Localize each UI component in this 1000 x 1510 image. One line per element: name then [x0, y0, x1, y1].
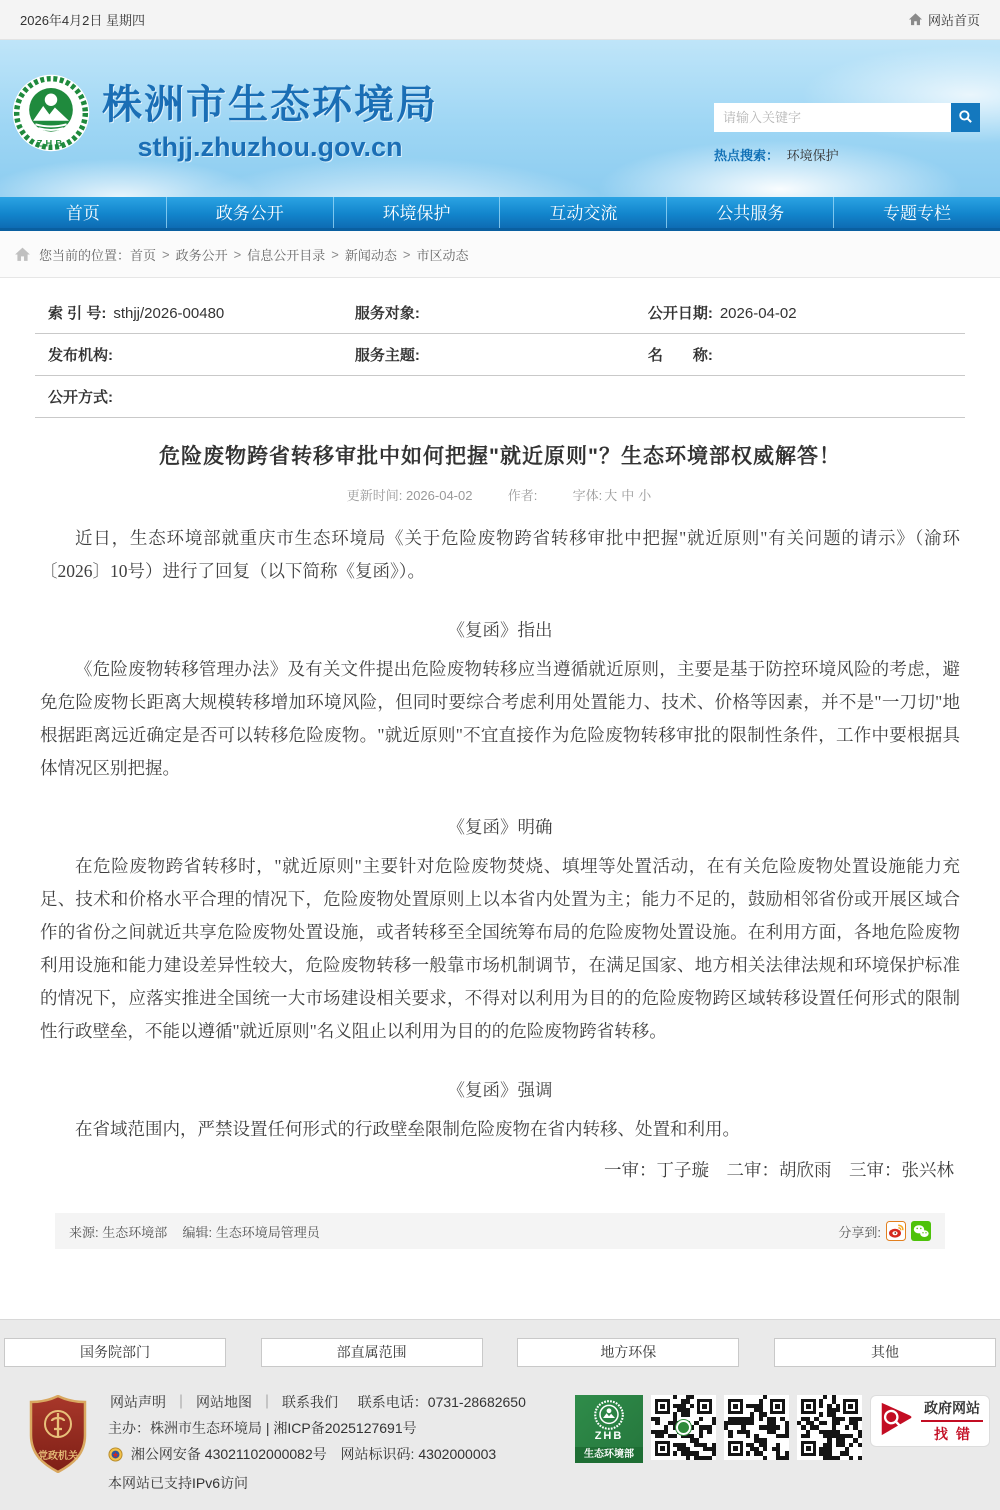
site-logo[interactable]: ZHB — [12, 74, 90, 152]
mee-name: 生态环境部 — [575, 1447, 643, 1463]
footer-info: 网站声明｜网站地图｜联系我们 联系电话：0731-28682650 主办：株洲市… — [108, 1389, 550, 1496]
table-row: 索 引 号: sthjj/2026-00480 服务对象: 公开日期: 2026… — [35, 292, 965, 334]
nav-item-interaction[interactable]: 互动交流 — [500, 197, 667, 228]
section-heading: 《复函》强调 — [40, 1074, 960, 1107]
share-label: 分享到: — [838, 1222, 881, 1241]
font-size-label: 字体: — [573, 488, 603, 503]
table-row: 发布机构: 服务主题: 名 称: — [35, 334, 965, 376]
source-editor-text: 来源: 生态环境部 编辑: 生态环境局管理员 — [69, 1222, 320, 1241]
name-cell: 名 称: — [635, 344, 965, 365]
phone-number: 0731-28682650 — [428, 1394, 526, 1410]
error-report-icon — [877, 1399, 915, 1444]
article-meta: 更新时间: 2026-04-02 作者: 字体:大中小 — [0, 485, 1000, 504]
breadcrumb-item-gov-affairs[interactable]: 政务公开 — [176, 245, 228, 264]
site-code-label: 网站标识码: — [341, 1446, 419, 1462]
article-body: 近日，生态环境部就重庆市生态环境局《关于危险废物跨省转移审批中把握"就近原则"有… — [40, 516, 960, 1193]
share-wechat-icon[interactable] — [911, 1221, 931, 1241]
footer-row: 党政机关 网站声明｜网站地图｜联系我们 联系电话：0731-28682650 主… — [0, 1381, 1000, 1510]
updated-label: 更新时间: — [347, 488, 406, 503]
qr-code-wechat — [651, 1395, 716, 1460]
mee-abbr: ZHB — [595, 1430, 624, 1443]
breadcrumb-prefix: 您当前的位置： — [39, 245, 130, 264]
host-text: 主办：株洲市生态环境局 | — [108, 1420, 273, 1436]
report-badge-title: 政府网站 — [921, 1398, 983, 1422]
breadcrumb-item-district-news[interactable]: 市区动态 — [416, 245, 468, 264]
friendly-links-row: 国务院部门 部直属范围 地方环保 其他 — [0, 1320, 1000, 1381]
publish-date-cell: 公开日期: 2026-04-02 — [635, 302, 965, 323]
nav-item-public-service[interactable]: 公共服务 — [667, 197, 834, 228]
contact-us-link[interactable]: 联系我们 — [282, 1394, 338, 1410]
nav-item-special-topics[interactable]: 专题专栏 — [834, 197, 1000, 228]
security-record-link[interactable]: 湘公网安备 43021102000082号 — [131, 1446, 327, 1462]
current-date: 2026年4月2日 星期四 — [20, 10, 145, 29]
paragraph: 《危险废物转移管理办法》及有关文件提出危险废物转移应当遵循就近原则，主要是基于防… — [40, 653, 960, 785]
links-local-env-button[interactable]: 地方环保 — [517, 1338, 739, 1367]
icp-link[interactable]: 湘ICP备2025127691号 — [273, 1420, 416, 1436]
editor-value: 生态环境局管理员 — [216, 1225, 320, 1240]
qr-code-mobile — [724, 1395, 789, 1460]
hot-search-label: 热点搜索： — [714, 148, 779, 163]
footer-right-group: ZHB 生态环境部 政 — [575, 1389, 990, 1496]
mee-logo: ZHB 生态环境部 — [575, 1395, 643, 1463]
topbar: 2026年4月2日 星期四 网站首页 — [0, 0, 1000, 40]
page-title: 危险废物跨省转移审批中如何把握"就近原则"？生态环境部权威解答！ — [60, 442, 940, 472]
breadcrumb-item-news[interactable]: 新闻动态 — [345, 245, 397, 264]
links-ministry-units-button[interactable]: 部直属范围 — [261, 1338, 483, 1367]
party-gov-badge-icon: 党政机关 — [28, 1395, 88, 1473]
mee-emblem-icon — [594, 1400, 624, 1430]
site-name: 株洲市生态环境局 — [95, 82, 445, 128]
table-row: 公开方式: — [35, 376, 965, 418]
svg-text:ZHB: ZHB — [37, 139, 66, 149]
breadcrumb-item-home[interactable]: 首页 — [130, 245, 156, 264]
share-weibo-icon[interactable] — [886, 1221, 906, 1241]
public-method-cell: 公开方式: — [35, 386, 342, 407]
nav-item-gov-affairs[interactable]: 政务公开 — [167, 197, 334, 228]
nav-item-home[interactable]: 首页 — [0, 197, 167, 228]
home-icon — [908, 12, 923, 27]
font-size-small-button[interactable]: 小 — [638, 488, 651, 503]
source-label: 来源: — [69, 1225, 102, 1240]
font-size-medium-button[interactable]: 中 — [621, 488, 634, 503]
site-map-link[interactable]: 网站地图 — [196, 1394, 252, 1410]
breadcrumb-item-info-directory[interactable]: 信息公开目录 — [247, 245, 325, 264]
search-icon — [958, 109, 973, 127]
document-meta-table: 索 引 号: sthjj/2026-00480 服务对象: 公开日期: 2026… — [35, 292, 965, 418]
home-link[interactable]: 网站首页 — [908, 10, 980, 29]
host-icp-line: 主办：株洲市生态环境局 | 湘ICP备2025127691号 — [108, 1415, 550, 1441]
author-label: 作者: — [508, 488, 538, 503]
breadcrumb-home-icon — [14, 246, 39, 263]
svg-text:党政机关: 党政机关 — [38, 1449, 78, 1462]
gov-site-error-report-button[interactable]: 政府网站 找错 — [870, 1395, 990, 1447]
paragraph: 在危险废物跨省转移时，"就近原则"主要针对危险废物焚烧、填埋等处置活动，在有关危… — [40, 850, 960, 1048]
security-line: 湘公网安备 43021102000082号 网站标识码: 4302000003 — [108, 1441, 550, 1470]
index-number-cell: 索 引 号: sthjj/2026-00480 — [35, 302, 342, 323]
updated-value: 2026-04-02 — [406, 488, 473, 503]
breadcrumb: 您当前的位置： 首页 > 政务公开 > 信息公开目录 > 新闻动态 > 市区动态 — [0, 231, 1000, 278]
publish-org-cell: 发布机构: — [35, 344, 342, 365]
police-badge-icon — [108, 1449, 127, 1465]
source-value: 生态环境部 — [102, 1225, 167, 1240]
source-bar: 来源: 生态环境部 编辑: 生态环境局管理员 分享到: — [55, 1213, 945, 1249]
search-input[interactable] — [714, 103, 951, 132]
editor-label: 编辑: — [183, 1225, 216, 1240]
footer-area: 国务院部门 部直属范围 地方环保 其他 党政机关 网站声明｜网站地图｜联系我们 — [0, 1319, 1000, 1510]
nav-item-environment[interactable]: 环境保护 — [334, 197, 501, 228]
service-topic-cell: 服务主题: — [342, 344, 635, 365]
qr-code-app — [797, 1395, 862, 1460]
search-button[interactable] — [951, 103, 980, 132]
phone-label: 联系电话： — [358, 1394, 428, 1410]
ipv6-line: 本网站已支持IPv6访问 — [108, 1470, 550, 1496]
site-url: sthjj.zhuzhou.gov.cn — [95, 131, 445, 163]
font-size-large-button[interactable]: 大 — [604, 488, 617, 503]
zhb-emblem-icon: ZHB — [12, 74, 90, 152]
report-badge-action: 找错 — [921, 1424, 983, 1444]
section-heading: 《复函》指出 — [40, 614, 960, 647]
paragraph: 在省域范围内，严禁设置任何形式的行政壁垒限制危险废物在省内转移、处置和利用。 — [40, 1113, 960, 1146]
main-nav: 首页 政务公开 环境保护 互动交流 公共服务 专题专栏 — [0, 197, 1000, 231]
site-statement-link[interactable]: 网站声明 — [110, 1394, 166, 1410]
footer-links: 网站声明｜网站地图｜联系我们 联系电话：0731-28682650 — [108, 1389, 550, 1415]
service-target-cell: 服务对象: — [342, 302, 635, 323]
home-link-label: 网站首页 — [928, 10, 980, 29]
search-area: 热点搜索： 环境保护 — [714, 103, 980, 164]
links-state-council-button[interactable]: 国务院部门 — [4, 1338, 226, 1367]
section-heading: 《复函》明确 — [40, 811, 960, 844]
site-header: ZHB 株洲市生态环境局 sthjj.zhuzhou.gov.cn 热点搜索： … — [0, 40, 1000, 197]
site-code-value: 4302000003 — [418, 1446, 496, 1462]
links-other-button[interactable]: 其他 — [774, 1338, 996, 1367]
review-signoff: 一审：丁子璇 二审：胡欣雨 三审：张兴林 — [40, 1154, 960, 1187]
hot-search-term[interactable]: 环境保护 — [787, 148, 839, 163]
paragraph: 近日，生态环境部就重庆市生态环境局《关于危险废物跨省转移审批中把握"就近原则"有… — [40, 522, 960, 588]
